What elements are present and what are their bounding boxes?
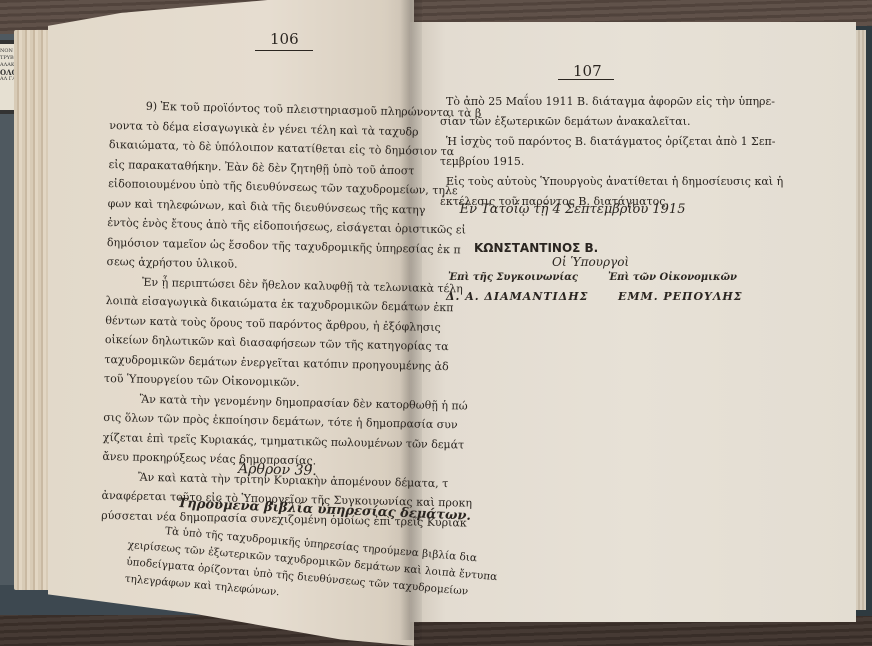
text-line: σίαν τῶν ἐξωτερικῶν δεμάτων ἀνακαλεῖται. xyxy=(440,112,783,132)
minister-left-title: Ἐπὶ τῆς Συγκοινωνίας xyxy=(448,272,578,283)
article-title: Ἄρθρον 39. xyxy=(238,461,317,479)
page-number-left: 106 xyxy=(270,30,299,48)
right-page-body: Τὸ ἀπὸ 25 Μαΐου 1911 Β. διάταγμα ἀφορῶν … xyxy=(440,92,783,212)
minister-right-name: ΕΜΜ. ΡΕΠΟΥΛΗΣ xyxy=(618,290,743,303)
page-number-rule xyxy=(558,79,614,80)
page-number-rule xyxy=(255,50,313,51)
king-signature: ΚΩΝΣΤΑΝΤΙΝΟΣ Β. xyxy=(474,241,598,255)
page-number-right: 107 xyxy=(573,62,602,80)
minister-right-title: Ἐπὶ τῶν Οἰκονομικῶν xyxy=(608,272,737,283)
ministers-heading: Οἱ Ὑπουργοὶ xyxy=(552,255,629,269)
text-line: Εἰς τοὺς αὐτοὺς Ὑπουργοὺς ἀνατίθεται ἡ δ… xyxy=(440,172,783,192)
text-line: Ἡ ἰσχὺς τοῦ παρόντος Β. διατάγματος ὁρίζ… xyxy=(440,132,783,152)
place-date: Ἐν Τατοΐῳ τῇ 4 Σεπτεμβρίου 1915 xyxy=(458,202,685,217)
text-line: Τὸ ἀπὸ 25 Μαΐου 1911 Β. διάταγμα ἀφορῶν … xyxy=(440,92,783,112)
minister-left-name: Δ. Α. ΔΙΑΜΑΝΤΙΔΗΣ xyxy=(446,290,588,303)
text-line: τεμβρίου 1915. xyxy=(440,152,783,172)
